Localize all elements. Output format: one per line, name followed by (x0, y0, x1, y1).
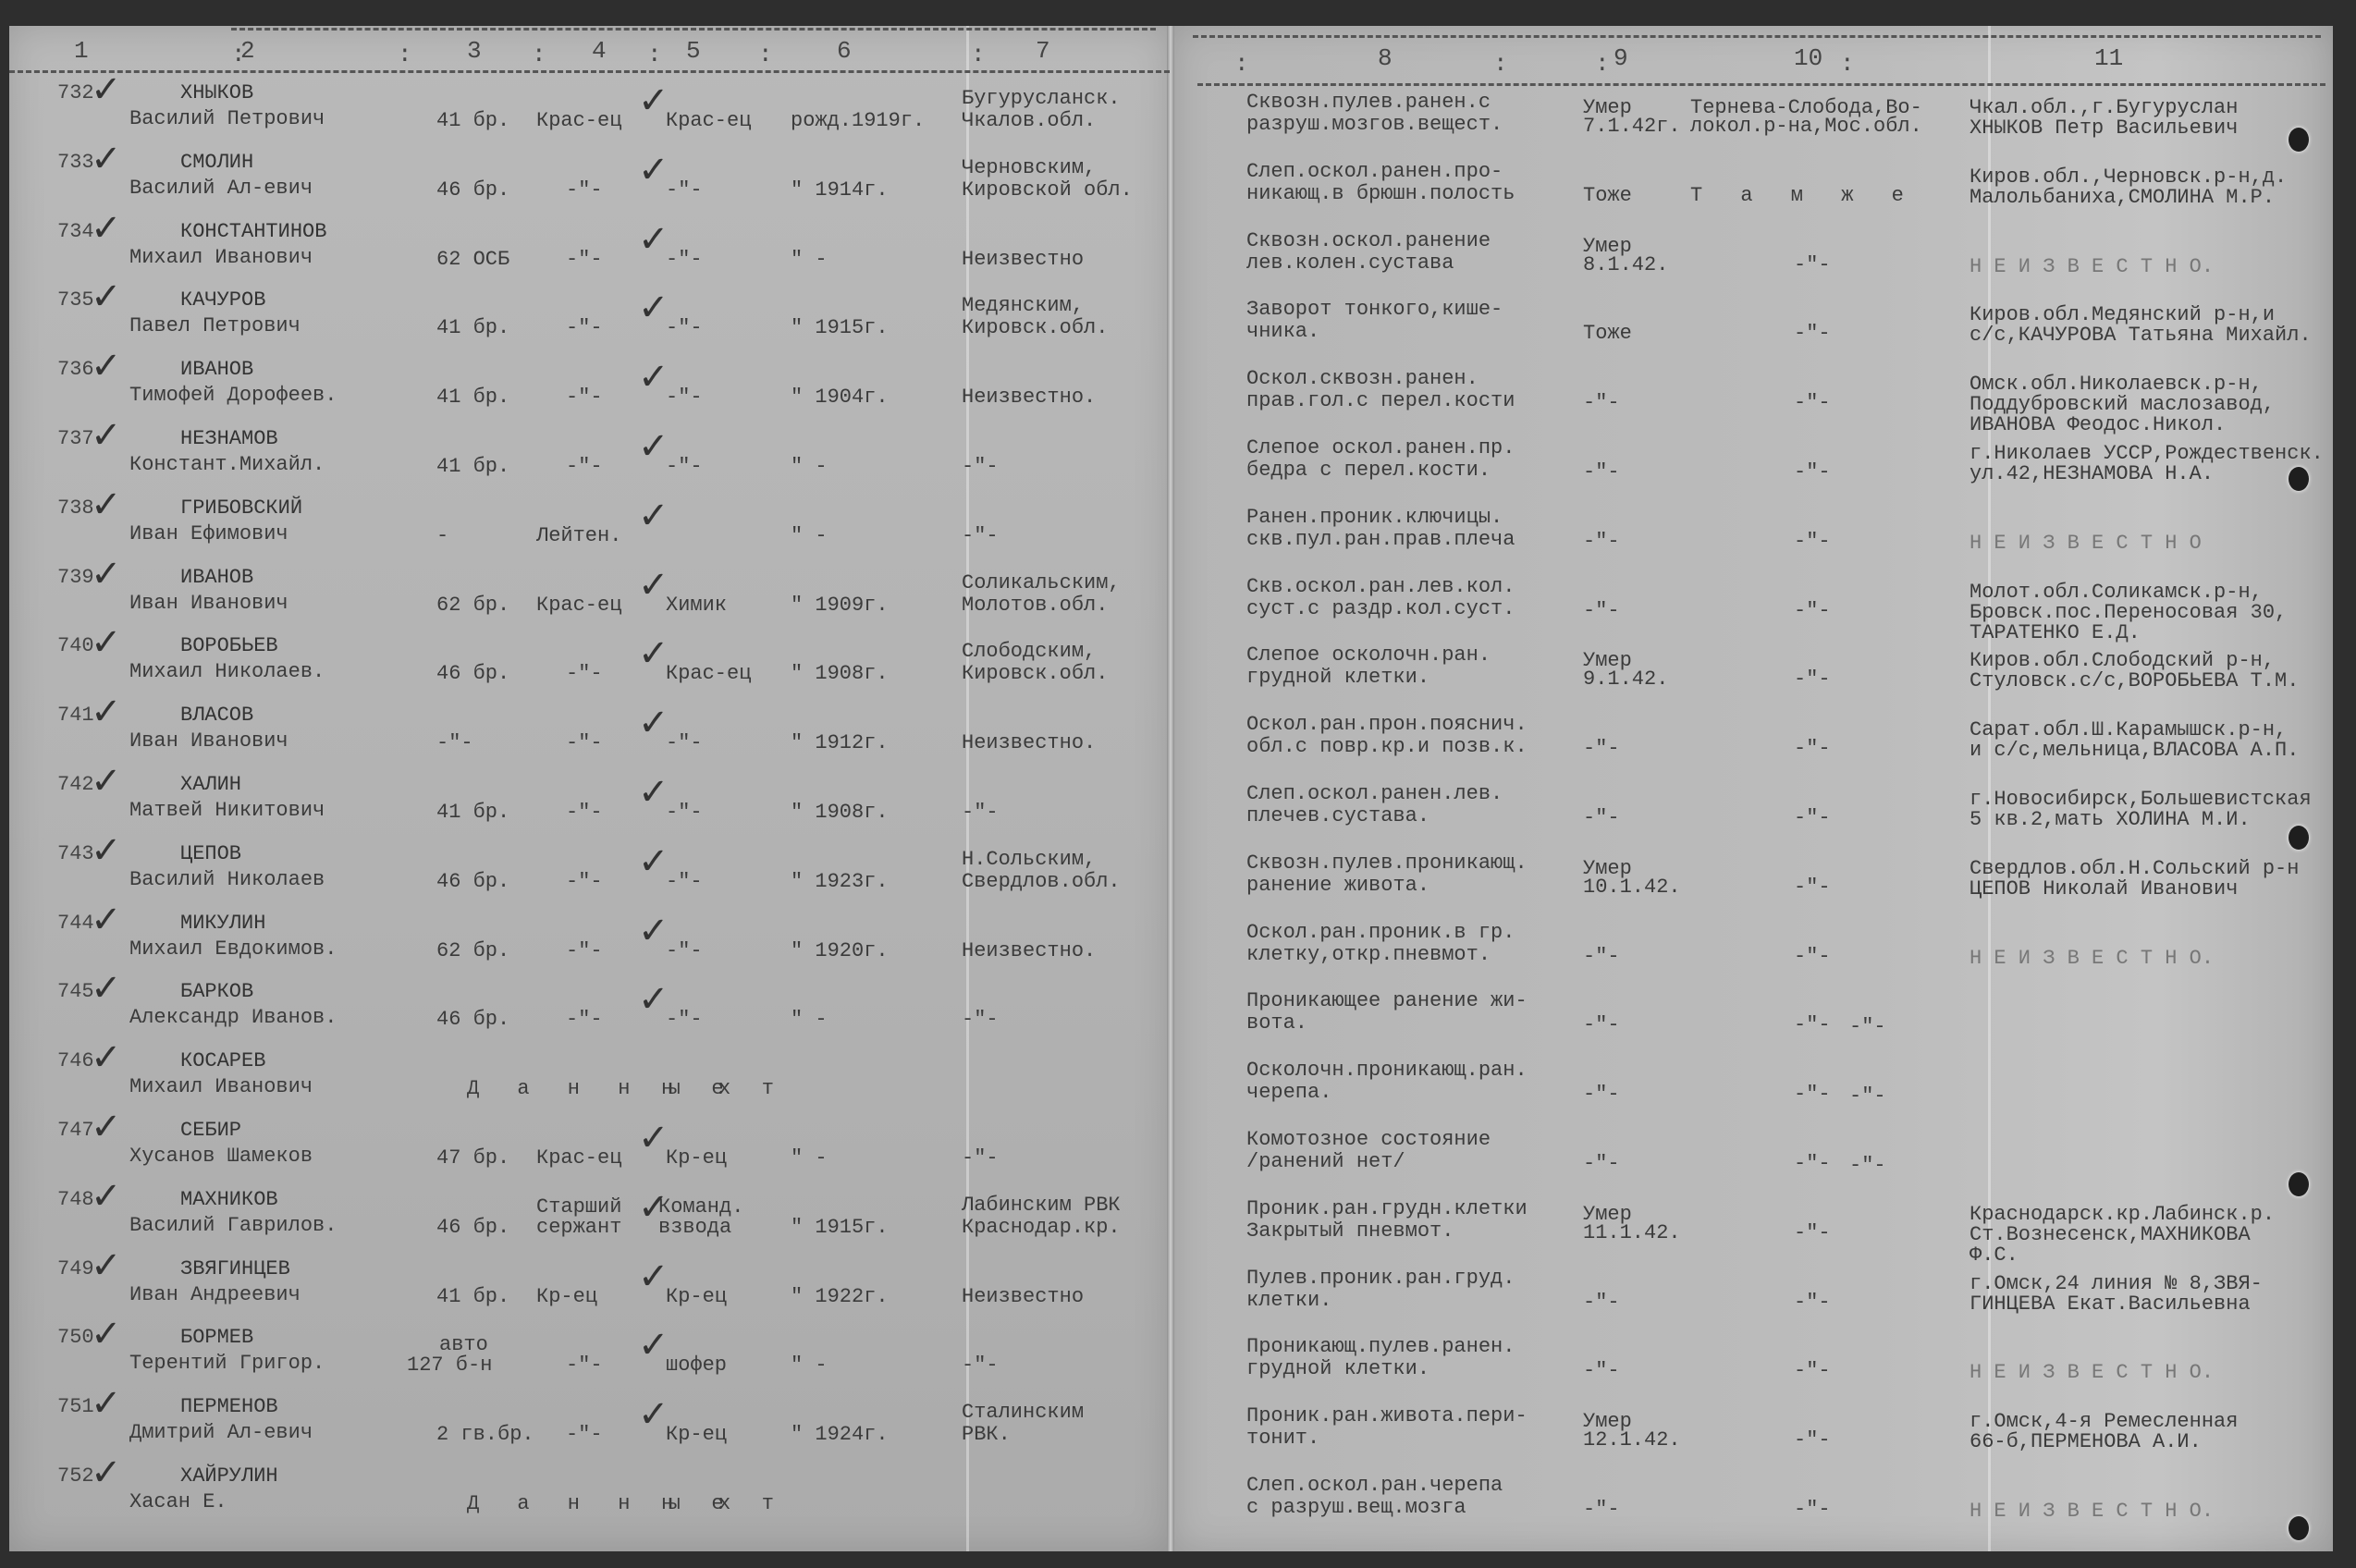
fate: -"- (1583, 530, 1620, 554)
fate: 9.1.42. (1583, 668, 1668, 692)
burial-place: -"- (1794, 1152, 1831, 1176)
birthplace: -"- (962, 801, 999, 825)
column-header-3: 3 (467, 37, 482, 65)
unit: 47 бр. (436, 1146, 509, 1170)
birthplace: Неизвестно. (962, 939, 1096, 963)
relatives-address: с/с,КАЧУРОВА Татьяна Михайл. (1969, 324, 2312, 348)
rank: Крас-ец (536, 594, 621, 618)
check-mark-icon: ✓ (91, 899, 122, 941)
column-header-1: 1 (74, 37, 89, 65)
wound-description: Проник.ран.грудн.клетки (1246, 1197, 1528, 1221)
row-number: 735 (57, 288, 94, 312)
position: -"- (666, 731, 703, 755)
rank: Крас-ец (536, 109, 621, 133)
relatives-address: Н Е И З В Е С Т Н О. (1969, 947, 2214, 971)
burial-place: локол.р-на,Мос.обл. (1690, 115, 1922, 139)
check-mark-icon: ✓ (638, 218, 669, 261)
fate: -"- (1583, 460, 1620, 484)
rank: сержант (536, 1216, 621, 1240)
check-mark-icon: ✓ (638, 1186, 669, 1229)
wound-description: Сквозн.пулев.проникающ. (1246, 851, 1528, 876)
relatives-address: и с/с,мельница,ВЛАСОВА А.П. (1969, 739, 2299, 763)
surname: ВЛАСОВ (180, 704, 253, 728)
check-mark-icon: ✓ (638, 702, 669, 744)
wound-description: прав.гол.с перел.кости (1246, 389, 1515, 413)
birth-year: " - (791, 1354, 828, 1378)
given-name-patronymic: Констант.Михайл. (129, 453, 325, 477)
position: -"- (666, 455, 703, 479)
row-number: 750 (57, 1326, 94, 1350)
given-name-patronymic: Михаил Иванович (129, 1075, 313, 1099)
wound-description: Сквозн.оскол.ранение (1246, 229, 1491, 253)
rank: -"- (566, 1008, 603, 1032)
row-number: 745 (57, 980, 94, 1004)
relatives-address: 66-б,ПЕРМЕНОВА А.И. (1969, 1430, 2202, 1454)
rank: -"- (566, 731, 603, 755)
relatives-address: Малольбаниха,СМОЛИНА М.Р. (1969, 186, 2275, 210)
surname: ХАЛИН (180, 773, 241, 797)
wound-description: Проникающее ранение жи- (1246, 989, 1528, 1013)
surname: ИВАНОВ (180, 566, 253, 590)
rank: -"- (566, 939, 603, 963)
fate: -"- (1583, 945, 1620, 969)
surname: БОРМЕВ (180, 1326, 253, 1350)
given-name-patronymic: Василий Гаврилов. (129, 1214, 337, 1238)
column-header-8: 8 (1378, 44, 1393, 72)
position: взвода (658, 1216, 731, 1240)
birthplace: Краснодар.кр. (962, 1216, 1121, 1240)
birth-year: " 1912г. (791, 731, 889, 755)
fate: -"- (1583, 806, 1620, 830)
given-name-patronymic: Михаил Иванович (129, 246, 313, 270)
burial-place: -"- (1794, 737, 1831, 761)
relatives-address: ул.42,НЕЗНАМОВА Н.А. (1969, 462, 2214, 486)
punch-hole (2289, 1516, 2309, 1540)
check-mark-icon: ✓ (638, 564, 669, 606)
burial-place: -"- (1794, 1221, 1831, 1245)
given-name-patronymic: Тимофей Дорофеев. (129, 384, 337, 408)
row-number: 751 (57, 1395, 94, 1419)
birth-year: " - (791, 455, 828, 479)
surname: СМОЛИН (180, 151, 253, 175)
fate: 7.1.42г. (1583, 115, 1681, 139)
fate: -"- (1583, 1152, 1620, 1176)
birth-year: " - (791, 524, 828, 548)
punch-hole (2289, 128, 2309, 152)
position: Кр-ец (666, 1146, 727, 1170)
surname: МИКУЛИН (180, 912, 265, 936)
wound-description: грудной клетки. (1246, 1357, 1430, 1381)
birth-year: " 1908г. (791, 662, 889, 686)
check-mark-icon: ✓ (91, 553, 122, 595)
surname: БАРКОВ (180, 980, 253, 1004)
surname: КАЧУРОВ (180, 288, 265, 312)
birth-year: " 1914г. (791, 178, 889, 202)
given-name-patronymic: Терентий Григор. (129, 1352, 325, 1376)
fate: 11.1.42. (1583, 1221, 1681, 1245)
birthplace: Черновским, (962, 156, 1096, 180)
unit: 62 ОСБ (436, 248, 509, 272)
column-separator: : (1840, 50, 1855, 78)
position: Крас-ец (666, 109, 751, 133)
row-number: 740 (57, 634, 94, 658)
column-separator: : (1595, 50, 1610, 78)
birth-year: " 1924г. (791, 1423, 889, 1447)
row-number: 746 (57, 1049, 94, 1073)
check-mark-icon: ✓ (638, 425, 669, 468)
birthplace: Неизвестно. (962, 386, 1096, 410)
surname: ЦЕПОВ (180, 842, 241, 866)
rank: -"- (566, 316, 603, 340)
check-mark-icon: ✓ (638, 1324, 669, 1366)
check-mark-icon: ✓ (91, 68, 122, 111)
rank: -"- (566, 386, 603, 410)
fate: -"- (1583, 737, 1620, 761)
unit: 127 б-н (407, 1354, 492, 1378)
birth-year: " 1920г. (791, 939, 889, 963)
wound-description: клетку,откр.пневмот. (1246, 943, 1491, 967)
check-mark-icon: ✓ (638, 287, 669, 329)
birthplace: Н.Сольским, (962, 848, 1096, 872)
birthplace: Слободским, (962, 640, 1096, 664)
birthplace: Чкалов.обл. (962, 109, 1096, 133)
given-name-patronymic: Иван Ефимович (129, 522, 288, 546)
wound-description: Пулев.проник.ран.груд. (1246, 1267, 1515, 1291)
birthplace: -"- (962, 1354, 999, 1378)
wound-description: Слепое оскол.ранен.пр. (1246, 436, 1515, 460)
check-mark-icon: ✓ (638, 632, 669, 675)
given-name-patronymic: Матвей Никитович (129, 799, 325, 823)
column-header-5: 5 (686, 37, 701, 65)
header-rule-top-right (1193, 35, 2321, 38)
no-data-label: н е т (661, 1077, 787, 1101)
fate: -"- (1583, 1013, 1620, 1037)
punch-hole (2289, 1172, 2309, 1196)
rank: -"- (566, 662, 603, 686)
check-mark-icon: ✓ (638, 910, 669, 952)
wound-description: плечев.сустава. (1246, 804, 1430, 828)
wound-description: Слеп.оскол.ранен.лев. (1246, 782, 1503, 806)
unit: 41 бр. (436, 801, 509, 825)
birth-year: " 1909г. (791, 594, 889, 618)
position: -"- (666, 178, 703, 202)
column-separator: : (758, 41, 773, 68)
relatives-address: ТАРАТЕНКО Е.Д. (1969, 621, 2141, 645)
fate: Тоже (1583, 322, 1632, 346)
rank: -"- (566, 248, 603, 272)
wound-description: лев.колен.сустава (1246, 251, 1454, 276)
column-separator: : (1493, 50, 1508, 78)
row-number: 732 (57, 81, 94, 105)
row-number: 733 (57, 151, 94, 175)
wound-description: Осколочн.проникающ.ран. (1246, 1059, 1528, 1083)
unit: 46 бр. (436, 662, 509, 686)
wound-description: Проникающ.пулев.ранен. (1246, 1335, 1515, 1359)
birthplace: Неизвестно. (962, 731, 1096, 755)
relatives-address: Ф.С. (1969, 1243, 2019, 1268)
relatives-address: ГИНЦЕВА Екат.Васильевна (1969, 1292, 2251, 1317)
birth-year: " - (791, 1008, 828, 1032)
row-number: 734 (57, 220, 94, 244)
unit: 46 бр. (436, 870, 509, 894)
given-name-patronymic: Иван Иванович (129, 592, 288, 616)
no-data-label: н е т (661, 1492, 787, 1516)
check-mark-icon: ✓ (91, 1452, 122, 1494)
position: -"- (666, 316, 703, 340)
check-mark-icon: ✓ (91, 1244, 122, 1287)
birthplace: Неизвестно (962, 248, 1084, 272)
check-mark-icon: ✓ (91, 484, 122, 526)
wound-description: клетки. (1246, 1289, 1331, 1313)
birthplace: Свердлов.обл. (962, 870, 1121, 894)
row-number: 744 (57, 912, 94, 936)
position: -"- (666, 870, 703, 894)
birth-year: " 1922г. (791, 1285, 889, 1309)
check-mark-icon: ✓ (638, 1117, 669, 1159)
check-mark-icon: ✓ (91, 207, 122, 250)
header-rule-top-left (231, 28, 1156, 31)
rank: -"- (566, 178, 603, 202)
punch-hole (2289, 467, 2309, 491)
wound-description: Оскол.ран.проник.в гр. (1246, 921, 1515, 945)
wound-description: тонит. (1246, 1427, 1319, 1451)
check-mark-icon: ✓ (638, 495, 669, 537)
birthplace: -"- (962, 1146, 999, 1170)
unit: 46 бр. (436, 178, 509, 202)
check-mark-icon: ✓ (91, 1175, 122, 1218)
birth-year: " - (791, 248, 828, 272)
check-mark-icon: ✓ (638, 80, 669, 122)
fate: -"- (1583, 391, 1620, 415)
rank: -"- (566, 870, 603, 894)
row-number: 737 (57, 427, 94, 451)
burial-place: -"- (1794, 253, 1831, 277)
check-mark-icon: ✓ (91, 1382, 122, 1425)
surname: НЕЗНАМОВ (180, 427, 278, 451)
rank: -"- (566, 801, 603, 825)
birth-year: " 1923г. (791, 870, 889, 894)
rank: Лейтен. (536, 524, 621, 548)
relatives-address: ХНЫКОВ Петр Васильевич (1969, 116, 2238, 141)
wound-description: суст.с раздр.кол.суст. (1246, 597, 1515, 621)
header-rule-bottom-left (9, 70, 1170, 73)
wound-description: Заворот тонкого,кише- (1246, 298, 1503, 322)
wound-description: Слеп.оскол.ран.черепа (1246, 1474, 1503, 1498)
check-mark-icon: ✓ (91, 760, 122, 802)
relatives-address: ЦЕПОВ Николай Иванович (1969, 877, 2238, 901)
relatives-address: Н Е И З В Е С Т Н О (1969, 532, 2202, 556)
burial-place: -"- (1794, 806, 1831, 830)
row-number: 743 (57, 842, 94, 866)
check-mark-icon: ✓ (638, 771, 669, 814)
check-mark-icon: ✓ (91, 967, 122, 1010)
column-separator: : (1234, 50, 1249, 78)
birthplace: Сталинским (962, 1401, 1084, 1425)
given-name-patronymic: Василий Николаев (129, 868, 325, 892)
birth-year: " 1904г. (791, 386, 889, 410)
wound-description: Комотозное состояние (1246, 1128, 1491, 1152)
wound-description: чника. (1246, 320, 1319, 344)
wound-description: Проник.ран.живота.пери- (1246, 1404, 1528, 1428)
birthplace: Молотов.обл. (962, 594, 1108, 618)
rank: Кр-ец (536, 1285, 597, 1309)
column-header-6: 6 (837, 37, 852, 65)
wound-description: черепа. (1246, 1081, 1331, 1105)
row-number: 738 (57, 496, 94, 521)
surname: ВОРОБЬЕВ (180, 634, 278, 658)
burial-place: -"- (1794, 322, 1831, 346)
row-number: 749 (57, 1257, 94, 1281)
surname: МАХНИКОВ (180, 1188, 278, 1212)
punch-hole (2289, 826, 2309, 850)
check-mark-icon: ✓ (91, 1036, 122, 1079)
check-mark-icon: ✓ (91, 414, 122, 457)
rank: Крас-ец (536, 1146, 621, 1170)
wound-description: ранение живота. (1246, 874, 1430, 898)
check-mark-icon: ✓ (91, 276, 122, 318)
rank: -"- (566, 455, 603, 479)
given-name-patronymic: Хасан Е. (129, 1490, 227, 1514)
relatives-address: -"- (1849, 1015, 1886, 1039)
center-fold (1167, 26, 1174, 1551)
wound-description: обл.с повр.кр.и позв.к. (1246, 735, 1528, 759)
position: Химик (666, 594, 727, 618)
burial-place: -"- (1794, 1083, 1831, 1107)
relatives-address: Н Е И З В Е С Т Н О. (1969, 255, 2214, 279)
birthplace: -"- (962, 1008, 999, 1032)
birth-year: " 1908г. (791, 801, 889, 825)
position: Кр-ец (666, 1285, 727, 1309)
burial-place: -"- (1794, 599, 1831, 623)
burial-place: -"- (1794, 391, 1831, 415)
surname: СЕБИР (180, 1119, 241, 1143)
column-header-9: 9 (1614, 44, 1628, 72)
wound-description: Сквозн.пулев.ранен.с (1246, 91, 1491, 115)
given-name-patronymic: Дмитрий Ал-евич (129, 1421, 313, 1445)
fate: -"- (1583, 1083, 1620, 1107)
unit: 41 бр. (436, 316, 509, 340)
birth-year: " 1915г. (791, 1216, 889, 1240)
column-separator: : (971, 41, 986, 68)
birth-year: рожд.1919г. (791, 109, 925, 133)
unit: 62 бр. (436, 594, 509, 618)
row-number: 747 (57, 1119, 94, 1143)
burial-place: -"- (1794, 1428, 1831, 1452)
relatives-address: Стуловск.с/с,ВОРОБЬЕВА Т.М. (1969, 669, 2299, 693)
surname: ПЕРМЕНОВ (180, 1395, 278, 1419)
unit: 46 бр. (436, 1008, 509, 1032)
unit: - (436, 524, 448, 548)
burial-place: -"- (1794, 876, 1831, 900)
unit: 2 гв.бр. (436, 1423, 534, 1447)
unit: 41 бр. (436, 455, 509, 479)
unit: 41 бр. (436, 386, 509, 410)
burial-place: -"- (1794, 668, 1831, 692)
position: -"- (666, 1008, 703, 1032)
rank: -"- (566, 1423, 603, 1447)
birthplace: Неизвестно (962, 1285, 1084, 1309)
check-mark-icon: ✓ (638, 840, 669, 883)
check-mark-icon: ✓ (91, 829, 122, 872)
wound-description: Скв.оскол.ран.лев.кол. (1246, 575, 1515, 599)
burial-place: -"- (1794, 460, 1831, 484)
column-separator: : (532, 41, 546, 68)
position: Кр-ец (666, 1423, 727, 1447)
burial-place: -"- (1794, 1498, 1831, 1522)
wound-description: разруш.мозгов.вещест. (1246, 113, 1503, 137)
wound-description: Оскол.ран.прон.пояснич. (1246, 713, 1528, 737)
fate: 10.1.42. (1583, 876, 1681, 900)
fate: -"- (1583, 1291, 1620, 1315)
unit: 41 бр. (436, 1285, 509, 1309)
check-mark-icon: ✓ (91, 1106, 122, 1148)
position: -"- (666, 801, 703, 825)
surname: ГРИБОВСКИЙ (180, 496, 302, 521)
given-name-patronymic: Хусанов Шамеков (129, 1145, 313, 1169)
check-mark-icon: ✓ (91, 345, 122, 387)
given-name-patronymic: Иван Андреевич (129, 1283, 301, 1307)
row-number: 736 (57, 358, 94, 382)
birthplace: Лабинским РВК (962, 1194, 1121, 1218)
fate: -"- (1583, 1359, 1620, 1383)
row-number: 752 (57, 1464, 94, 1488)
fate: -"- (1583, 1498, 1620, 1522)
column-separator: : (398, 41, 412, 68)
birthplace: Бугурусланск. (962, 87, 1121, 111)
relatives-address: ИВАНОВА Феодос.Никол. (1969, 413, 2226, 437)
given-name-patronymic: Василий Петрович (129, 107, 325, 131)
relatives-address: -"- (1849, 1154, 1886, 1178)
wound-description: Оскол.сквозн.ранен. (1246, 367, 1479, 391)
wound-description: вота. (1246, 1011, 1307, 1035)
surname: ХАЙРУЛИН (180, 1464, 278, 1488)
burial-place: -"- (1794, 945, 1831, 969)
column-header-11: 11 (2094, 44, 2123, 72)
given-name-patronymic: Павел Петрович (129, 314, 301, 338)
row-number: 741 (57, 704, 94, 728)
birthplace: -"- (962, 524, 999, 548)
birthplace: Кировск.обл. (962, 316, 1108, 340)
surname: ЗВЯГИНЦЕВ (180, 1257, 290, 1281)
relatives-address: -"- (1849, 1084, 1886, 1109)
check-mark-icon: ✓ (638, 356, 669, 398)
wound-description: грудной клетки. (1246, 666, 1430, 690)
check-mark-icon: ✓ (91, 691, 122, 733)
fate: Тоже (1583, 184, 1632, 208)
wound-description: с разруш.вещ.мозга (1246, 1496, 1466, 1520)
check-mark-icon: ✓ (638, 1256, 669, 1298)
row-number: 742 (57, 773, 94, 797)
relatives-address: 5 кв.2,мать ХОЛИНА М.И. (1969, 808, 2251, 832)
burial-place: -"- (1794, 1291, 1831, 1315)
given-name-patronymic: Михаил Николаев. (129, 660, 325, 684)
rank: -"- (566, 1354, 603, 1378)
wound-description: Слепое осколочн.ран. (1246, 643, 1491, 668)
wound-description: Ранен.проник.ключицы. (1246, 506, 1503, 530)
column-header-4: 4 (592, 37, 607, 65)
relatives-address: Н Е И З В Е С Т Н О. (1969, 1361, 2214, 1385)
position: -"- (666, 386, 703, 410)
relatives-address: Н Е И З В Е С Т Н О. (1969, 1500, 2214, 1524)
given-name-patronymic: Михаил Евдокимов. (129, 937, 337, 962)
unit: 46 бр. (436, 1216, 509, 1240)
surname: ХНЫКОВ (180, 81, 253, 105)
burial-place: -"- (1794, 530, 1831, 554)
column-header-7: 7 (1036, 37, 1050, 65)
position: -"- (666, 248, 703, 272)
fate: 8.1.42. (1583, 253, 1668, 277)
surname: КОНСТАНТИНОВ (180, 220, 326, 244)
